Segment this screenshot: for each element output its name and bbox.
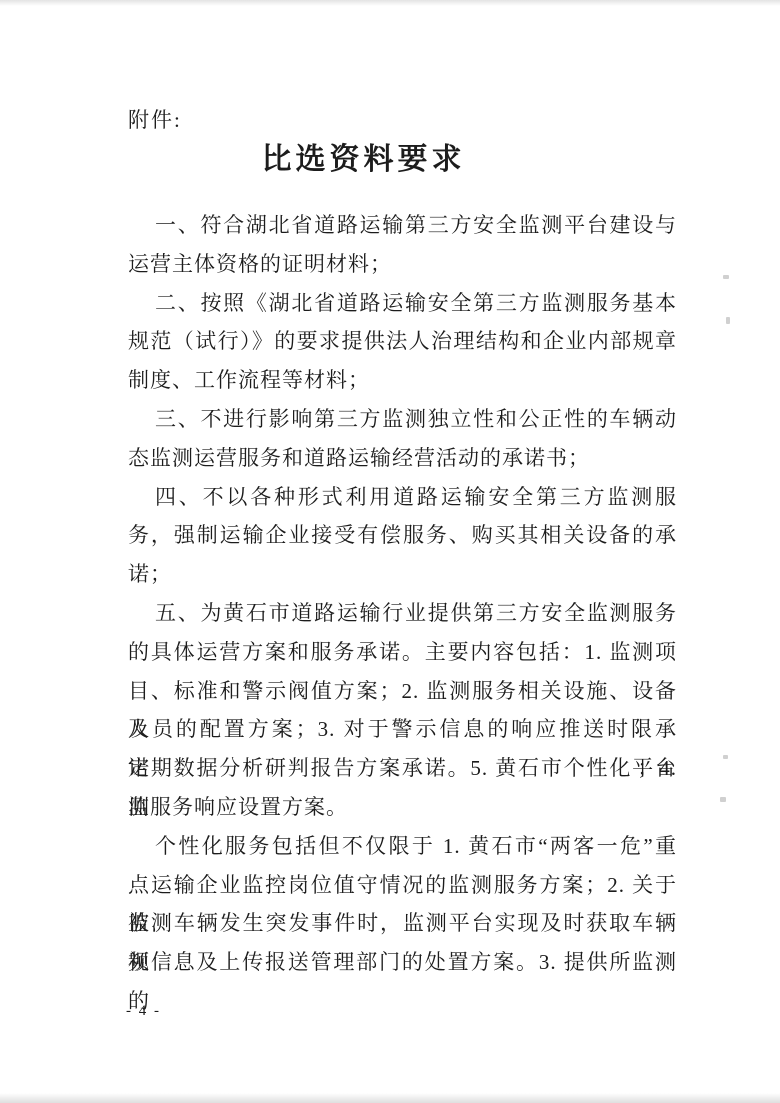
body-line: 定期数据分析研判报告方案承诺。5. 黄石市个性化平台监: [128, 749, 677, 788]
attachment-label: 附件:: [128, 104, 182, 134]
body-line: 制度、工作流程等材料；: [128, 361, 677, 400]
body-line: 务，强制运输企业接受有偿服务、购买其相关设备的承: [128, 516, 677, 555]
body-line: 五、为黄石市道路运输行业提供第三方安全监测服务: [128, 594, 677, 633]
body-line: 运营主体资格的证明材料；: [128, 245, 677, 284]
body-line: 态监测运营服务和道路运输经营活动的承诺书；: [128, 439, 677, 478]
body-line: 监测车辆发生突发事件时，监测平台实现及时获取车辆视: [128, 904, 677, 943]
page-title: 比选资料要求: [128, 134, 677, 178]
scan-edge-top: [0, 0, 780, 6]
document-page: 附件: 比选资料要求 一、符合湖北省道路运输第三方安全监测平台建设与 运营主体资…: [0, 0, 780, 1103]
body-line: 二、按照《湖北省道路运输安全第三方监测服务基本: [128, 284, 677, 323]
body-line: 的具体运营方案和服务承诺。主要内容包括：1. 监测项: [128, 633, 677, 672]
body-line: 规范（试行）》的要求提供法人治理结构和企业内部规章: [128, 322, 677, 361]
scan-speck: [726, 317, 730, 324]
page-number: - 4 -: [126, 1003, 161, 1020]
body-line: 点运输企业监控岗位值守情况的监测服务方案；2. 关于被: [128, 866, 677, 905]
body-line: 测服务响应设置方案。: [128, 788, 677, 827]
scan-speck: [723, 275, 729, 279]
body-line: 诺；: [128, 555, 677, 594]
body-line: 三、不进行影响第三方监测独立性和公正性的车辆动: [128, 400, 677, 439]
scan-speck: [723, 755, 728, 759]
body-line: 一、符合湖北省道路运输第三方安全监测平台建设与: [128, 206, 677, 245]
body-line: 人员的配置方案；3. 对于警示信息的响应推送时限承诺；4.: [128, 710, 677, 749]
body-line: 频信息及上传报送管理部门的处置方案。3. 提供所监测的: [128, 943, 677, 982]
scan-speck: [720, 797, 726, 802]
body-line: 目、标准和警示阀值方案；2. 监测服务相关设施、设备及: [128, 672, 677, 711]
document-body: 一、符合湖北省道路运输第三方安全监测平台建设与 运营主体资格的证明材料； 二、按…: [128, 206, 677, 982]
body-line: 四、不以各种形式利用道路运输安全第三方监测服: [128, 478, 677, 517]
body-line: 个性化服务包括但不仅限于 1. 黄石市“两客一危”重: [128, 827, 677, 866]
scan-edge-bottom: [0, 1093, 780, 1103]
